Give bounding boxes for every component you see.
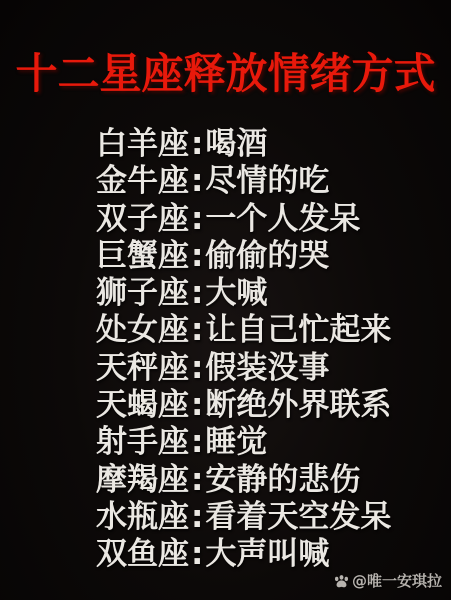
zodiac-sign: 白羊座 <box>96 126 189 162</box>
release-way: 偷偷的哭 <box>205 238 329 274</box>
colon-separator: : <box>191 462 203 499</box>
release-way: 断绝外界联系 <box>205 387 391 423</box>
list-item: 射手座:睡觉 <box>96 424 391 461</box>
zodiac-list: 白羊座:喝酒 金牛座:尽情的吃 双子座:一个人发呆 巨蟹座:偷偷的哭 狮子座:大… <box>96 126 391 574</box>
colon-separator: : <box>191 238 203 275</box>
zodiac-sign: 狮子座 <box>96 275 189 311</box>
list-item: 天秤座:假装没事 <box>96 350 391 387</box>
zodiac-sign: 双子座 <box>96 201 189 237</box>
colon-separator: : <box>191 536 203 573</box>
list-item: 双鱼座:大声叫喊 <box>96 536 391 573</box>
release-way: 睡觉 <box>205 424 267 460</box>
colon-separator: : <box>191 201 203 238</box>
watermark: @唯一安琪拉 <box>334 570 442 591</box>
colon-separator: : <box>191 350 203 387</box>
zodiac-sign: 摩羯座 <box>96 462 189 498</box>
release-way: 安静的悲伤 <box>205 462 360 498</box>
release-way: 大喊 <box>205 275 267 311</box>
colon-separator: : <box>191 312 203 349</box>
release-way: 喝酒 <box>205 126 267 162</box>
colon-separator: : <box>191 499 203 536</box>
zodiac-sign: 天秤座 <box>96 350 189 386</box>
list-item: 水瓶座:看着天空发呆 <box>96 499 391 536</box>
zodiac-sign: 巨蟹座 <box>96 238 189 274</box>
poster: 十二星座释放情绪方式 白羊座:喝酒 金牛座:尽情的吃 双子座:一个人发呆 巨蟹座… <box>0 0 451 600</box>
list-item: 狮子座:大喊 <box>96 275 391 312</box>
zodiac-sign: 水瓶座 <box>96 499 189 535</box>
zodiac-sign: 处女座 <box>96 312 189 348</box>
release-way: 让自己忙起来 <box>205 312 391 348</box>
list-item: 双子座:一个人发呆 <box>96 201 391 238</box>
zodiac-sign: 金牛座 <box>96 163 189 199</box>
zodiac-sign: 天蝎座 <box>96 387 189 423</box>
list-item: 白羊座:喝酒 <box>96 126 391 163</box>
page-title: 十二星座释放情绪方式 <box>0 41 451 101</box>
colon-separator: : <box>191 126 203 163</box>
colon-separator: : <box>191 275 203 312</box>
release-way: 一个人发呆 <box>205 201 360 237</box>
list-item: 金牛座:尽情的吃 <box>96 163 391 200</box>
colon-separator: : <box>191 387 203 424</box>
list-item: 处女座:让自己忙起来 <box>96 312 391 349</box>
zodiac-sign: 射手座 <box>96 424 189 460</box>
paw-icon <box>334 574 349 588</box>
list-item: 巨蟹座:偷偷的哭 <box>96 238 391 275</box>
list-item: 摩羯座:安静的悲伤 <box>96 462 391 499</box>
zodiac-sign: 双鱼座 <box>96 536 189 572</box>
release-way: 假装没事 <box>205 350 329 386</box>
release-way: 看着天空发呆 <box>205 499 391 535</box>
colon-separator: : <box>191 424 203 461</box>
release-way: 大声叫喊 <box>205 536 329 572</box>
release-way: 尽情的吃 <box>205 163 329 199</box>
colon-separator: : <box>191 163 203 200</box>
watermark-text: @唯一安琪拉 <box>352 570 442 591</box>
list-item: 天蝎座:断绝外界联系 <box>96 387 391 424</box>
